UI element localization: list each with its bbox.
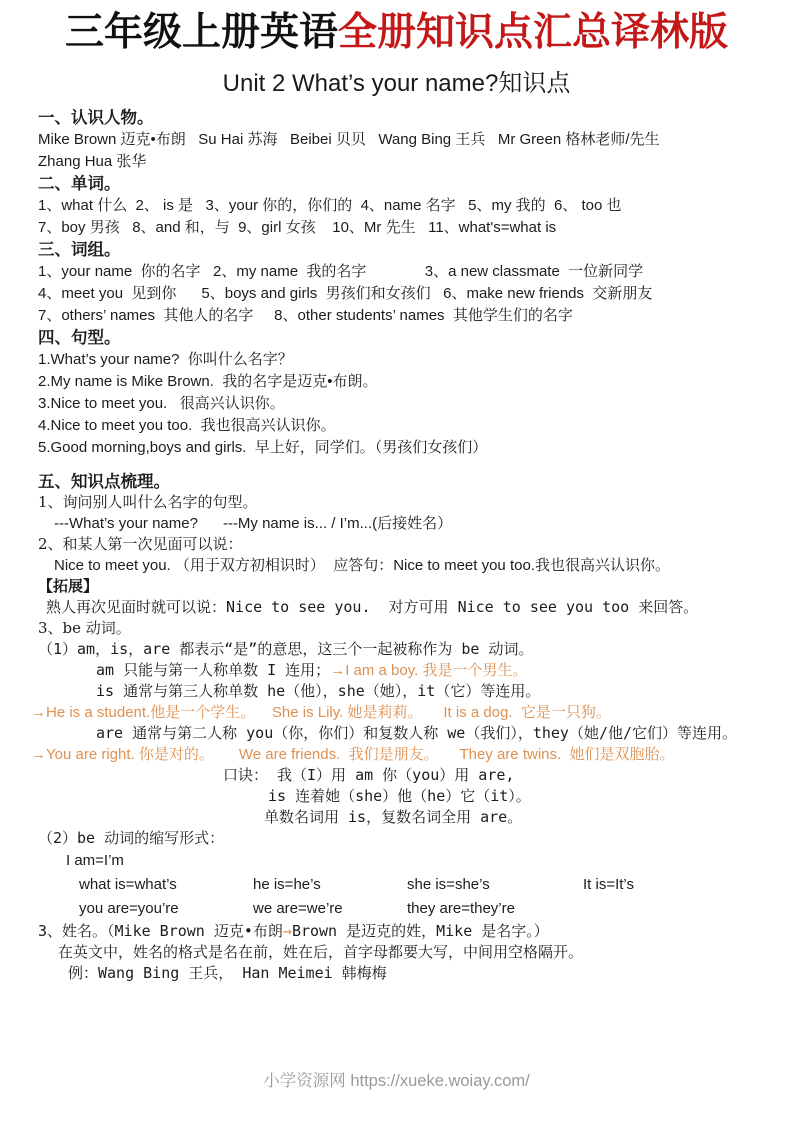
be-rule-line: （1）am，is，are 都表示“是”的意思，这三个一起被称作为 be 动词。 <box>38 639 755 660</box>
section4-heading: 四、句型。 <box>38 327 755 349</box>
name-arrow-icon: → <box>283 922 292 940</box>
characters-line-1: Mike Brown 迈克•布朗 Su Hai 苏海 Beibei 贝贝 Wan… <box>38 129 755 151</box>
name-format-rule: 在英文中，姓名的格式是名在前，姓在后，首字母都要大写，中间用空格隔开。 <box>38 942 755 963</box>
is-rule-line: is 通常与第三人称单数 he（他），she（她），it（它）等连用。 <box>38 681 755 702</box>
section-5: 五、知识点梳理。 1、询问别人叫什么名字的句型。 ---What’s your … <box>38 471 755 984</box>
contraction-row-2: you are=you’rewe are=we’rethey are=they’… <box>38 897 755 921</box>
contraction-he-is: he is=he’s <box>253 873 407 897</box>
am-rule-line: am 只能与第一人称单数 I 连用；→I am a boy. 我是一个男生。 <box>38 660 755 681</box>
section5-heading: 五、知识点梳理。 <box>38 471 755 492</box>
words-line-1: 1、what 什么 2、 is 是 3、your 你的，你们的 4、name 名… <box>38 195 755 217</box>
kp1-question: 1、询问别人叫什么名字的句型。 <box>38 492 755 513</box>
page-title-black: 三年级上册英语 <box>65 10 338 55</box>
is-examples-line: →He is a student.他是一个学生。 She is Lily. 她是… <box>31 702 755 723</box>
kp3-be-verb-heading: 3、be 动词。 <box>38 618 755 639</box>
are-rule-line: are 通常与第二人称 you（你，你们）和复数人称 we（我们），they（她… <box>38 723 755 744</box>
contraction-row-0: I am=I’m <box>38 849 755 873</box>
name-title-pre: 3、姓名。（Mike Brown 迈克•布朗 <box>38 922 283 940</box>
sentence-item-2: 2.My name is Mike Brown. 我的名字是迈克•布朗。 <box>38 371 755 393</box>
words-line-2: 7、boy 男孩 8、and 和，与 9、girl 女孩 10、Mr 先生 11… <box>38 217 755 239</box>
contraction-we-are: we are=we’re <box>253 897 407 921</box>
am-example-text: →I am a boy. 我是一个男生。 <box>330 662 527 679</box>
contraction-they-are: they are=they’re <box>407 897 583 921</box>
kp1-answer: ---What’s your name? ---My name is... / … <box>38 513 755 534</box>
phrases-line-2: 4、meet you 见到你 5、boys and girls 男孩们和女孩们 … <box>38 283 755 305</box>
contraction-row-1: what is=what’she is=he’sshe is=she’sIt i… <box>38 873 755 897</box>
am-rule-text: am 只能与第一人称单数 I 连用； <box>96 661 330 679</box>
sections-1-to-4: 一、认识人物。 Mike Brown 迈克•布朗 Su Hai 苏海 Beibe… <box>38 107 755 459</box>
sentence-item-5: 5.Good morning,boys and girls. 早上好，同学们。（… <box>38 437 755 459</box>
name-section-line: 3、姓名。（Mike Brown 迈克•布朗→Brown 是迈克的姓，Mike … <box>38 921 755 942</box>
kp2-question: 2、和某人第一次见面可以说： <box>38 534 755 555</box>
section3-heading: 三、词组。 <box>38 239 755 261</box>
sentence-item-3: 3.Nice to meet you. 很高兴认识你。 <box>38 393 755 415</box>
rhyme-line-2: is 连着她（she）他（he）它（it）。 <box>38 786 755 807</box>
contraction-she-is: she is=she’s <box>407 873 583 897</box>
page-title: 三年级上册英语全册知识点汇总译林版 <box>0 10 793 56</box>
contraction-it-is: It is=It’s <box>583 876 634 893</box>
page-title-red: 全册知识点汇总译林版 <box>338 10 728 55</box>
contraction-what-is: what is=what’s <box>79 873 253 897</box>
contraction-title: （2）be 动词的缩写形式： <box>38 828 755 849</box>
expand-tag: 【拓展】 <box>38 576 755 597</box>
name-title-post: Brown 是迈克的姓，Mike 是名字。） <box>292 922 549 940</box>
phrases-line-1: 1、your name 你的名字 2、my name 我的名字 3、a new … <box>38 261 755 283</box>
sentence-item-4: 4.Nice to meet you too. 我也很高兴认识你。 <box>38 415 755 437</box>
kp2-answer: Nice to meet you. （用于双方初相识时） 应答句：Nice to… <box>38 555 755 576</box>
unit-subtitle: Unit 2 What’s your name?知识点 <box>0 69 793 99</box>
section2-heading: 二、单词。 <box>38 173 755 195</box>
rhyme-line-1: 口诀： 我（I）用 am 你（you）用 are, <box>38 765 755 786</box>
characters-line-2: Zhang Hua 张华 <box>38 151 755 173</box>
contraction-you-are: you are=you’re <box>79 897 253 921</box>
expand-text: 熟人再次见面时就可以说：Nice to see you. 对方可用 Nice t… <box>38 597 755 618</box>
document-page: 三年级上册英语全册知识点汇总译林版 Unit 2 What’s your nam… <box>0 0 793 1122</box>
footer-site-text: 小学资源网 https://xueke.woiay.com/ <box>0 1070 793 1092</box>
are-examples-line: →You are right. 你是对的。 We are friends. 我们… <box>31 744 755 765</box>
sentence-item-1: 1.What’s your name? 你叫什么名字？ <box>38 349 755 371</box>
phrases-line-3: 7、others’ names 其他人的名字 8、other students’… <box>38 305 755 327</box>
document-body: 一、认识人物。 Mike Brown 迈克•布朗 Su Hai 苏海 Beibe… <box>0 99 793 984</box>
section1-heading: 一、认识人物。 <box>38 107 755 129</box>
rhyme-line-3: 单数名词用 is，复数名词全用 are。 <box>38 807 755 828</box>
name-example: 例：Wang Bing 王兵， Han Meimei 韩梅梅 <box>38 963 755 984</box>
